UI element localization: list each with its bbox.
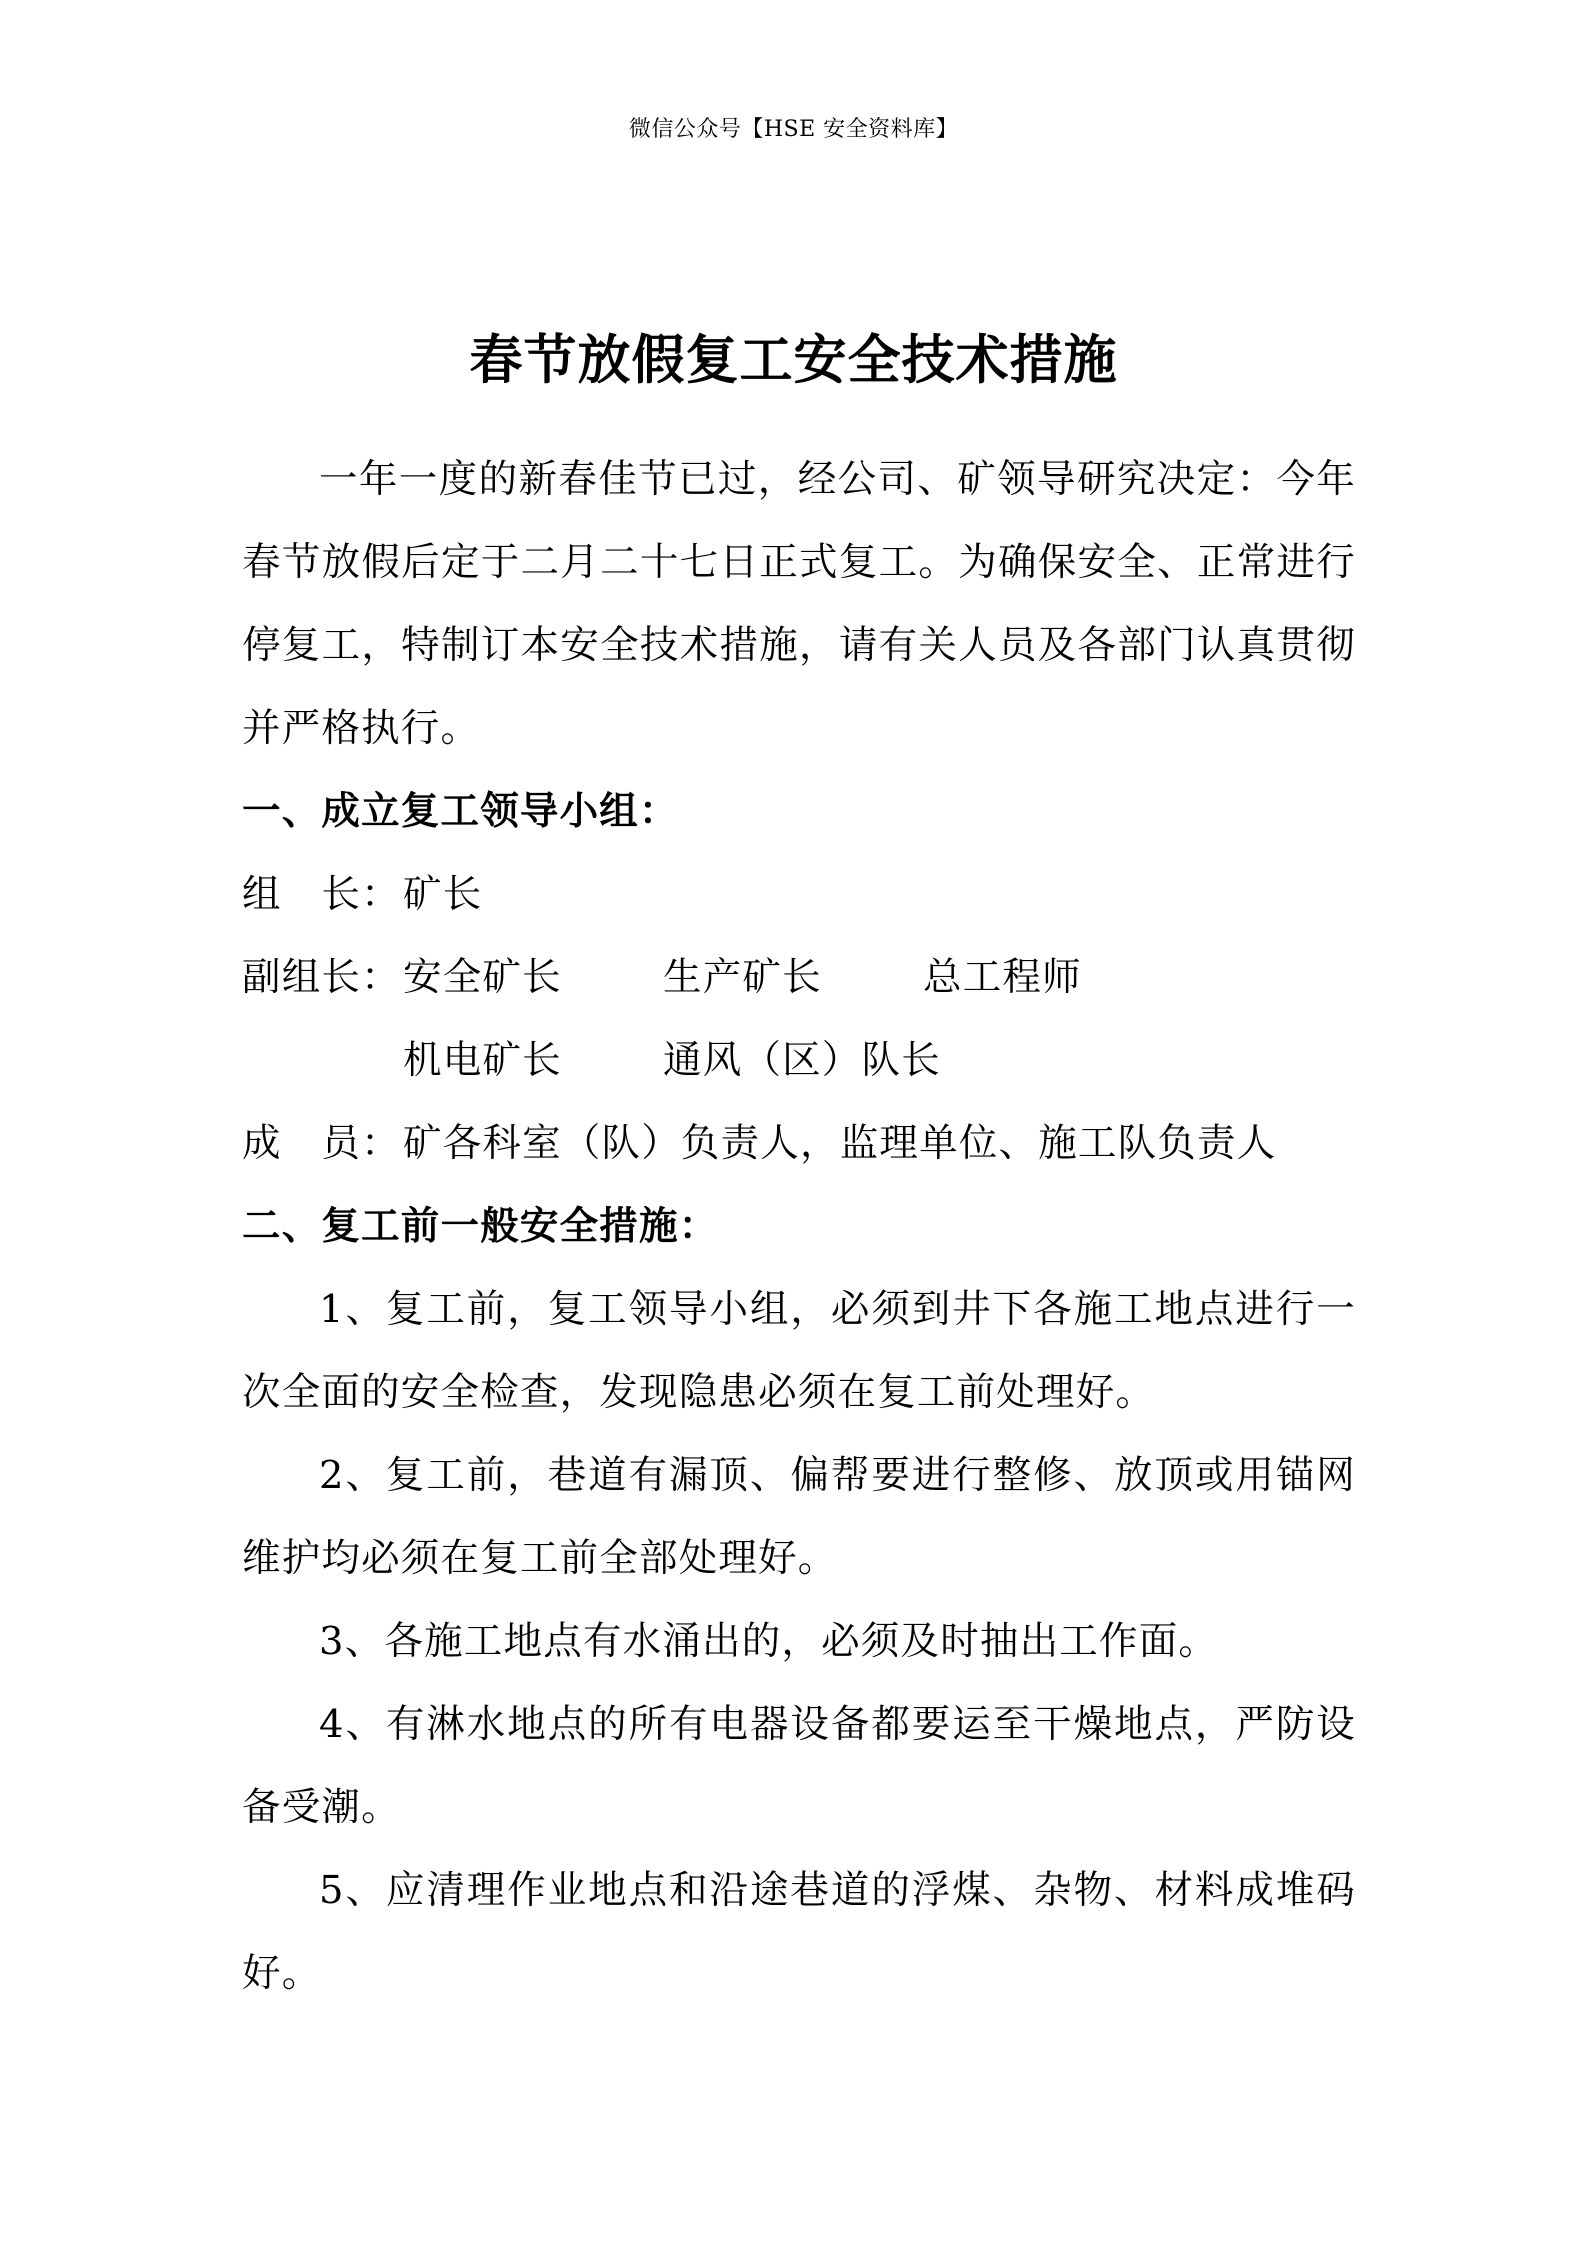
leader-value: 矿长 bbox=[403, 853, 482, 936]
document-title: 春节放假复工安全技术措施 bbox=[0, 325, 1587, 395]
members-row: 成 员： 矿各科室（队）负责人，监理单位、施工队负责人 bbox=[242, 1102, 1356, 1185]
members-value: 矿各科室（队）负责人，监理单位、施工队负责人 bbox=[403, 1102, 1276, 1185]
measure-item-3: 3、各施工地点有水涌出的，必须及时抽出工作面。 bbox=[242, 1600, 1356, 1683]
leader-label: 组 长： bbox=[242, 853, 403, 936]
measure-item-5: 5、应清理作业地点和沿途巷道的浮煤、杂物、材料成堆码好。 bbox=[242, 1849, 1356, 2015]
measure-item-4: 4、有淋水地点的所有电器设备都要运至干燥地点，严防设备受潮。 bbox=[242, 1683, 1356, 1849]
section-heading-general-measures: 二、复工前一般安全措施： bbox=[242, 1185, 1356, 1268]
intro-paragraph: 一年一度的新春佳节已过，经公司、矿领导研究决定：今年春节放假后定于二月二十七日正… bbox=[242, 438, 1356, 770]
section-heading-leadership-group: 一、成立复工领导小组： bbox=[242, 770, 1356, 853]
vice-leader-row-2: 机电矿长 通风（区）队长 bbox=[242, 1019, 1356, 1102]
members-label: 成 员： bbox=[242, 1102, 403, 1185]
vice-leader-label: 副组长： bbox=[242, 936, 403, 1019]
vice-leader-row-1: 副组长： 安全矿长 生产矿长 总工程师 bbox=[242, 936, 1356, 1019]
document-body: 一年一度的新春佳节已过，经公司、矿领导研究决定：今年春节放假后定于二月二十七日正… bbox=[242, 438, 1356, 2015]
page-header-source: 微信公众号【HSE 安全资料库】 bbox=[0, 113, 1587, 147]
leader-row: 组 长： 矿长 bbox=[242, 853, 1356, 936]
vice-leader-electromechanical: 机电矿长 bbox=[403, 1019, 663, 1102]
vice-leader-label-spacer bbox=[242, 1019, 403, 1102]
measure-item-1: 1、复工前，复工领导小组，必须到井下各施工地点进行一次全面的安全检查，发现隐患必… bbox=[242, 1268, 1356, 1434]
vice-leader-production: 生产矿长 bbox=[663, 936, 923, 1019]
vice-leader-ventilation: 通风（区）队长 bbox=[663, 1019, 923, 1102]
vice-leader-chief-engineer: 总工程师 bbox=[923, 936, 1183, 1019]
measure-item-2: 2、复工前，巷道有漏顶、偏帮要进行整修、放顶或用锚网维护均必须在复工前全部处理好… bbox=[242, 1434, 1356, 1600]
vice-leader-safety: 安全矿长 bbox=[403, 936, 663, 1019]
